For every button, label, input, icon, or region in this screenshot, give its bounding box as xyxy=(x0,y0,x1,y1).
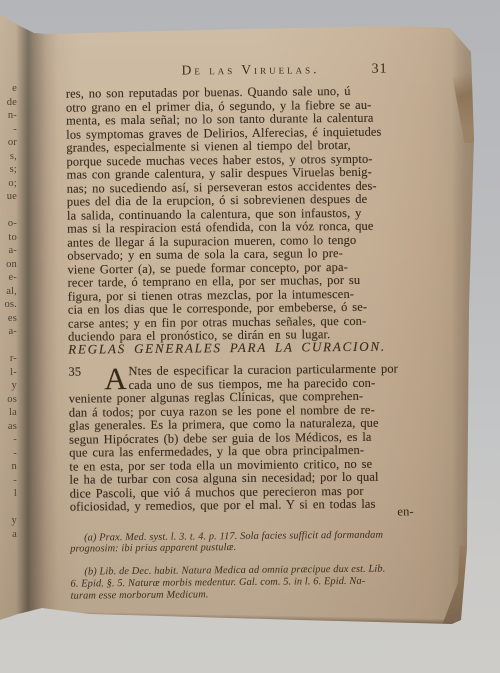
body-paragraph-continuation: res, no son reputadas por buenas. Quando… xyxy=(66,84,442,344)
running-title: De las Viruelas. xyxy=(182,61,320,77)
paragraph-number: 35 xyxy=(68,365,102,379)
footnotes: (a) Prax. Med. syst. l. 3. t. 4. p. 117.… xyxy=(70,517,447,613)
paragraph-35: 35ANtes de especificar la curacion parti… xyxy=(68,362,443,514)
page-number: 31 xyxy=(372,61,432,78)
footnote-a: (a) Prax. Med. syst. l. 3. t. 4. p. 117.… xyxy=(70,529,446,556)
photo-backdrop: e de n- - or s, s; o; ue o- to a- on e- … xyxy=(0,0,500,673)
open-book: e de n- - or s, s; o; ue o- to a- on e- … xyxy=(0,8,478,633)
footnote-b: (b) Lib. de Dec. habit. Natura Medica ad… xyxy=(70,563,446,601)
section-heading: REGLAS GENERALES PARA LA CURACION. xyxy=(68,338,442,358)
page-header: De las Viruelas.31 xyxy=(66,60,436,82)
drop-cap: A xyxy=(102,365,128,392)
printed-page: De las Viruelas.31 res, no son reputadas… xyxy=(0,6,481,636)
